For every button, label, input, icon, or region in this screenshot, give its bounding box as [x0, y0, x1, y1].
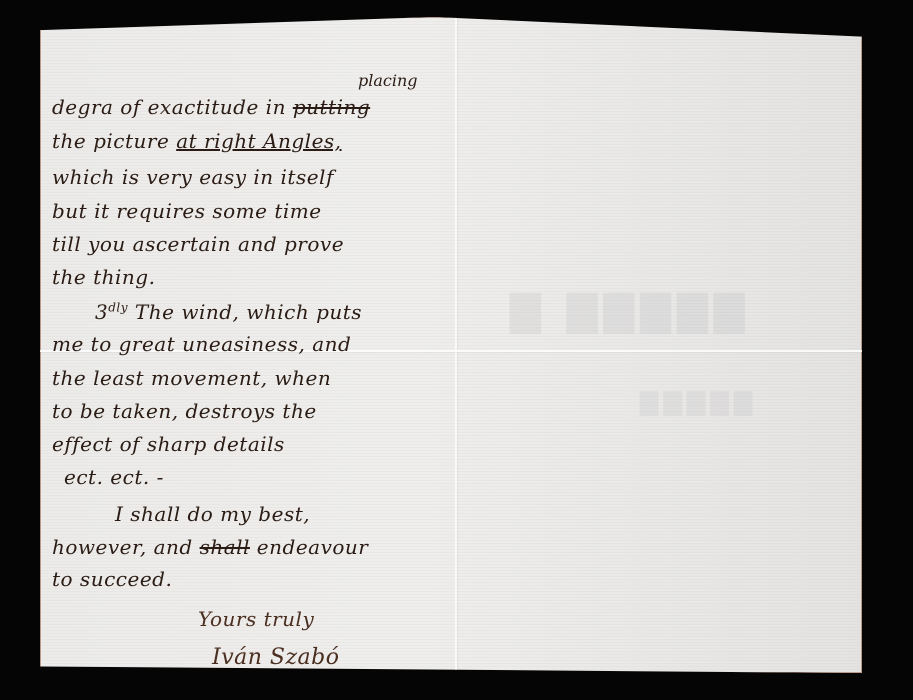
letter-line-8: me to great uneasiness, and: [52, 332, 351, 356]
letter-line-14: however, and shall endeavour: [52, 535, 368, 559]
letter-line-11: effect of sharp details: [52, 432, 285, 456]
letter-line-2: the picture at right Angles,: [52, 129, 342, 153]
line-text: however, and: [52, 535, 200, 559]
line-text: degra of exactitude in: [52, 95, 293, 119]
signature: Iván Szabó: [212, 645, 340, 670]
line-text: endeavour: [250, 535, 368, 559]
faded-letterhead-watermark-2: ▇▇▇▇▇: [640, 387, 757, 416]
letter-line-3: which is very easy in itself: [52, 165, 334, 189]
struck-word: putting: [293, 95, 370, 119]
struck-word: shall: [200, 535, 250, 559]
insertion-word: placing: [358, 71, 418, 90]
ordinal-number: 3: [95, 300, 108, 324]
letter-line-12: ect. ect. -: [64, 465, 164, 489]
ordinal-suffix: dly: [108, 300, 128, 314]
letter-line-5: till you ascertain and prove: [52, 232, 344, 256]
letter-line-4: but it requires some time: [52, 199, 322, 223]
underlined-text: at right Angles,: [176, 129, 341, 153]
vertical-fold: [455, 17, 457, 673]
letter-line-10: to be taken, destroys the: [52, 399, 317, 423]
line-text: The wind, which puts: [135, 300, 362, 324]
letter-line-15: to succeed.: [52, 567, 172, 591]
closing: Yours truly: [198, 607, 314, 631]
letter-line-9: the least movement, when: [52, 366, 331, 390]
letter-line-13: I shall do my best,: [115, 502, 310, 526]
faded-letterhead-watermark: ▇ ▇▇▇▇▇: [510, 287, 751, 334]
letter-page: ▇ ▇▇▇▇▇ ▇▇▇▇▇ placing degra of exactitud…: [40, 17, 862, 673]
letter-line-1: degra of exactitude in putting: [52, 95, 370, 119]
letter-line-6: the thing.: [52, 265, 155, 289]
line-text: the picture: [52, 129, 176, 153]
letter-line-7: 3dly The wind, which puts: [95, 300, 362, 324]
